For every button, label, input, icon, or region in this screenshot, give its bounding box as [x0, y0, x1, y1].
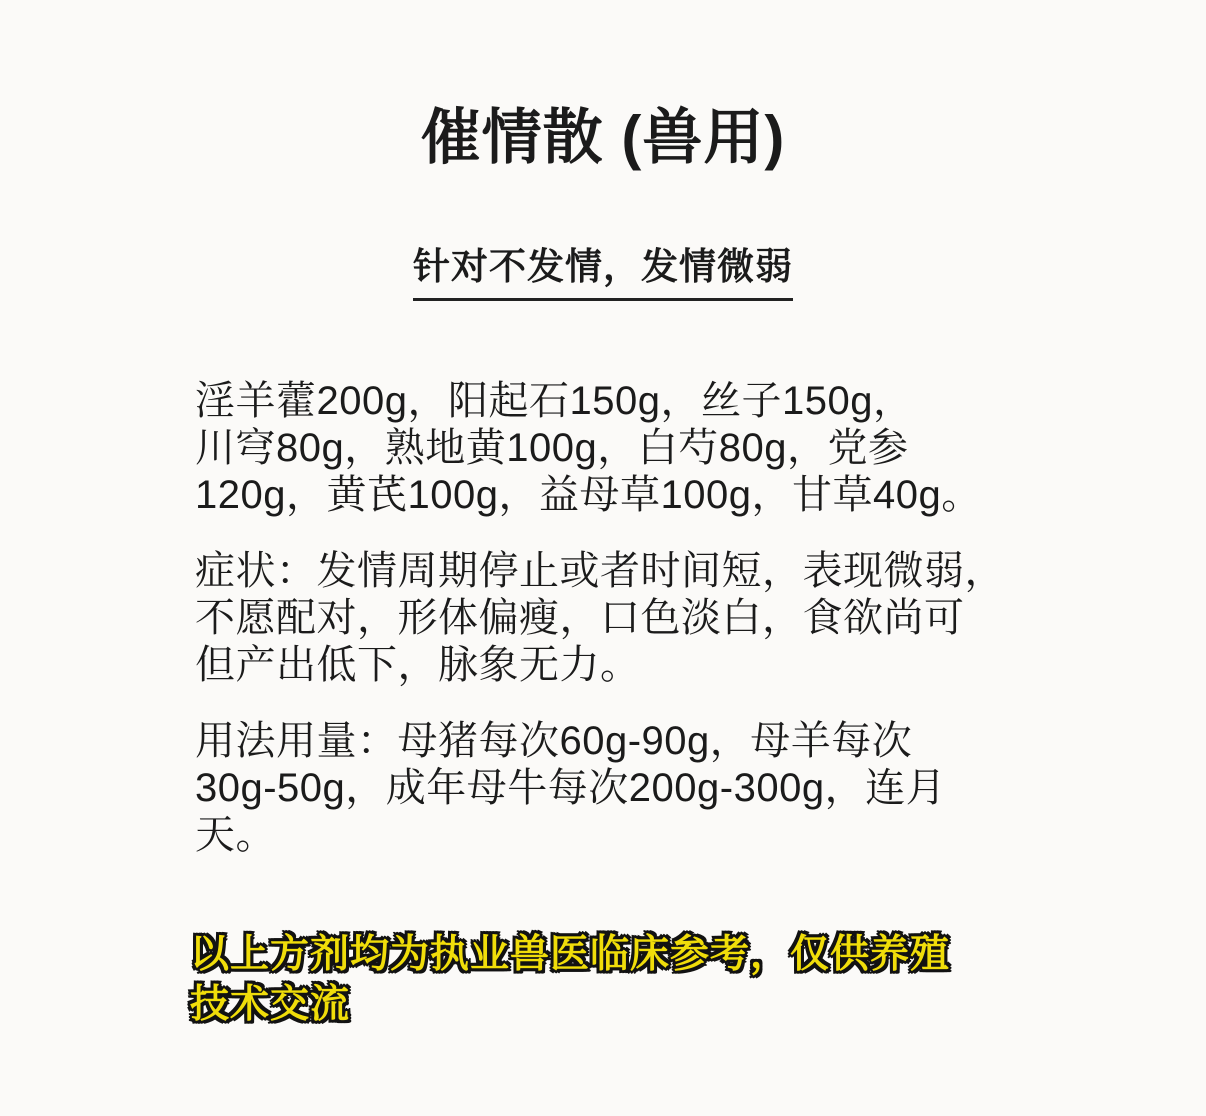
poster-subtitle-row: 针对不发情，发情微弱: [0, 236, 1206, 301]
dosage-paragraph: 用法用量：母猪每次60g-90g，母羊每次 30g-50g，成年母牛每次200g…: [195, 718, 1055, 859]
poster-subtitle: 针对不发情，发情微弱: [413, 236, 793, 301]
symptoms-paragraph: 症状：发情周期停止或者时间短，表现微弱， 不愿配对，形体偏瘦，口色淡白，食欲尚可…: [195, 548, 1055, 689]
poster-title: 催情散 (兽用): [0, 90, 1206, 176]
ingredients-paragraph: 淫羊藿200g，阳起石150g，丝子150g， 川穹80g，熟地黄100g，白芍…: [195, 378, 1055, 519]
disclaimer-text: 以上方剂均为执业兽医临床参考，仅供养殖 技术交流: [190, 930, 1050, 1030]
poster: 催情散 (兽用) 针对不发情，发情微弱 淫羊藿200g，阳起石150g，丝子15…: [0, 0, 1206, 1116]
